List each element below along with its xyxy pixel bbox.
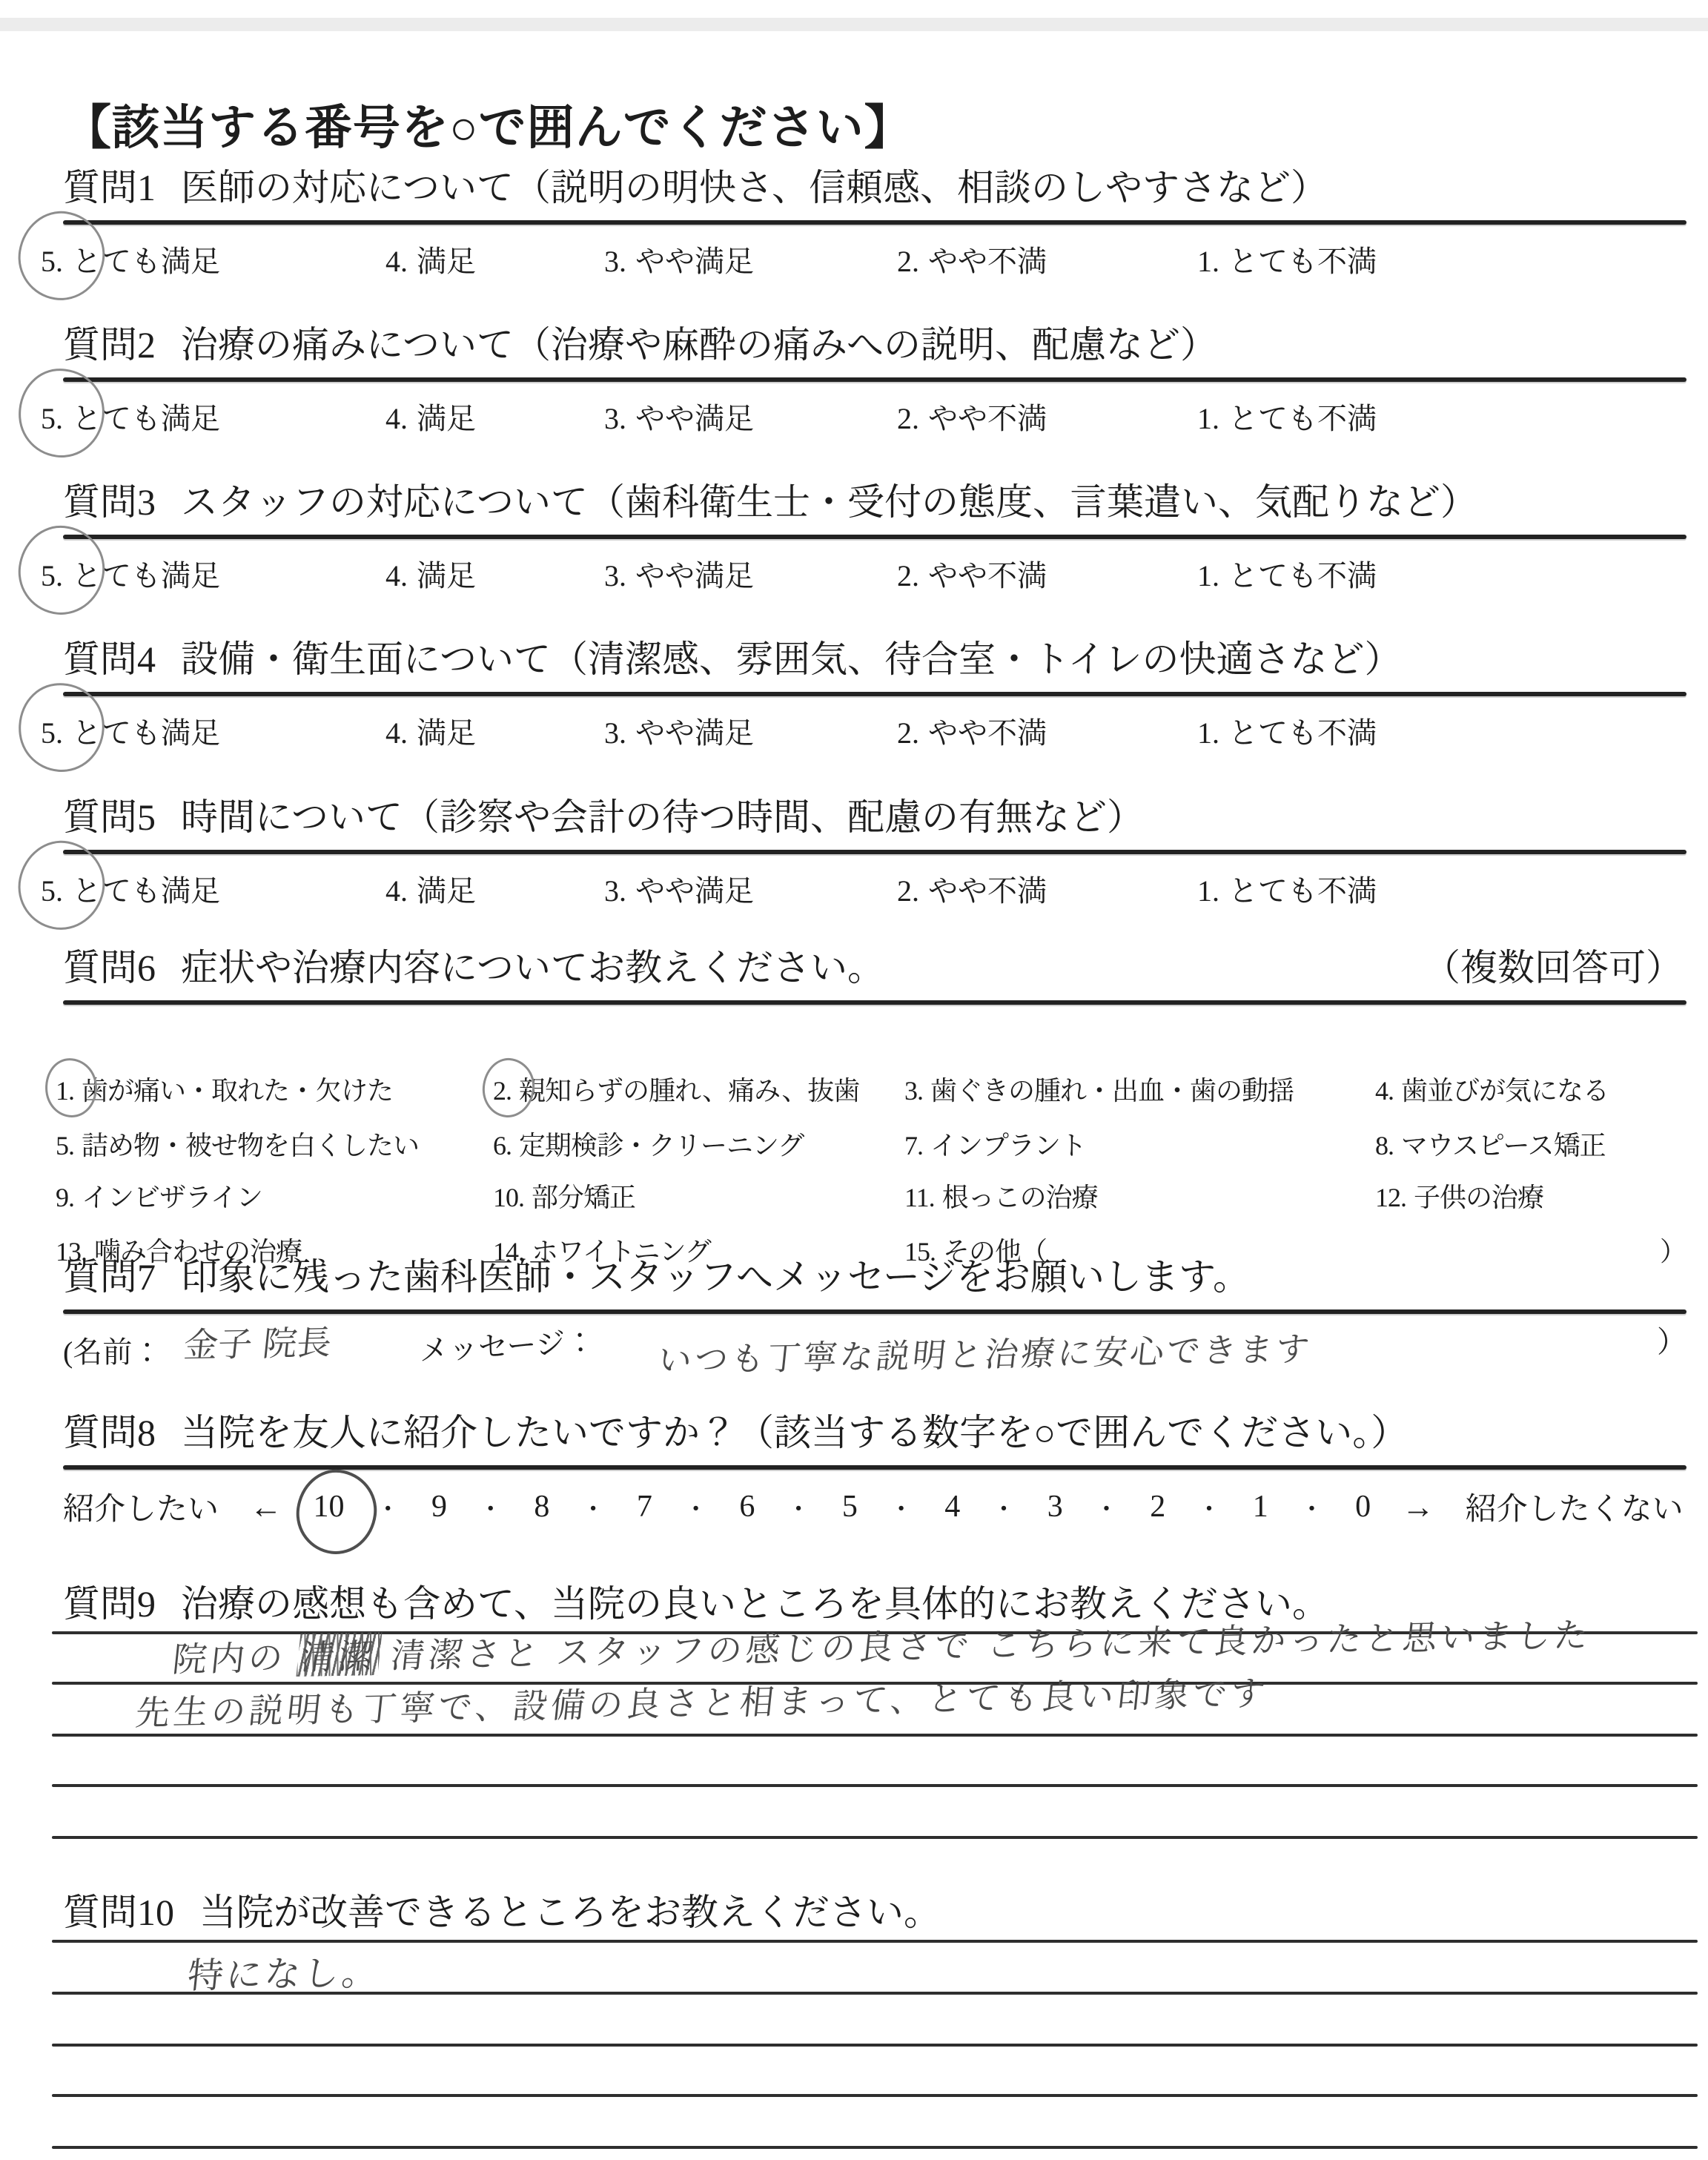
q6-item-5[interactable]: 5.詰め物・被せ物を白くしたい <box>56 1125 419 1163</box>
q6-item-7[interactable]: 7.インプラント <box>904 1125 1086 1163</box>
scale-number-3[interactable]: 3 <box>1047 1489 1063 1525</box>
question-6-items: 1.歯が痛い・取れた・欠けた 2.親知らずの腫れ、痛み、抜歯 3.歯ぐきの腫れ・… <box>63 1005 1687 1242</box>
scale-number-8[interactable]: 8 <box>534 1489 549 1525</box>
close-paren: ） <box>1657 1318 1687 1361</box>
answer-line <box>52 2094 1698 2097</box>
q1-option-2[interactable]: 2.やや不満 <box>897 238 1047 280</box>
q6-item-3[interactable]: 3.歯ぐきの腫れ・出血・歯の動揺 <box>904 1070 1294 1108</box>
scale-left-label: 紹介したい <box>63 1484 219 1529</box>
scribbled-out-word: 清潔 <box>299 1629 380 1680</box>
question-1-number: 質問1 <box>63 167 156 208</box>
page-title: 【該当する番号を○で囲んでください】 <box>64 90 913 158</box>
scale-number-10[interactable]: 10 <box>313 1489 344 1525</box>
q6-item-11[interactable]: 11.根っこの治療 <box>904 1177 1098 1215</box>
q4-option-3[interactable]: 3.やや満足 <box>604 710 754 752</box>
scale-dot: ・ <box>1094 1489 1119 1525</box>
question-8-block: 質問8当院を友人に紹介したいですか？（該当する数字を○で囲んでください。） 紹介… <box>63 1413 1687 1529</box>
question-2-heading: 質問2治療の痛みについて（治療や麻酔の痛みへの説明、配慮など） <box>63 325 1687 366</box>
question-6-heading: 質問6症状や治療内容についてお教えください。 （複数回答可） <box>63 948 1687 988</box>
scale-right-label: 紹介したくない <box>1466 1484 1684 1529</box>
q2-option-1[interactable]: 1.とても不満 <box>1197 395 1377 437</box>
question-2-block: 質問2治療の痛みについて（治療や麻酔の痛みへの説明、配慮など） 5.とても満足 … <box>63 325 1687 440</box>
scale-dot: ・ <box>580 1489 606 1525</box>
handwritten-answer: 特になし。 <box>185 1943 383 1998</box>
question-3-block: 質問3スタッフの対応について（歯科衛生士・受付の態度、言葉遣い、気配りなど） 5… <box>63 482 1687 597</box>
question-6-text: 症状や治療内容についてお教えください。 <box>181 947 884 988</box>
q1-option-4[interactable]: 4.満足 <box>385 238 476 280</box>
q2-option-4[interactable]: 4.満足 <box>385 395 476 437</box>
question-4-number: 質問4 <box>63 638 156 680</box>
q4-option-2[interactable]: 2.やや不満 <box>897 710 1047 752</box>
message-field-label: メッセージ： <box>418 1318 596 1370</box>
scale-number-2[interactable]: 2 <box>1150 1489 1165 1525</box>
answer-line <box>52 2044 1698 2047</box>
question-10-block: 質問10当院が改善できるところをお教えください。 特になし。 <box>63 1892 1687 2159</box>
scanned-survey-page: { "header": { "title": "【該当する番号を○で囲んでくださ… <box>0 0 1708 2160</box>
question-4-heading: 質問4設備・衛生面について（清潔感、雰囲気、待合室・トイレの快適さなど） <box>63 639 1687 680</box>
scale-dot: ・ <box>786 1489 811 1525</box>
question-7-number: 質問7 <box>63 1256 156 1298</box>
question-10-text: 当院が改善できるところをお教えください。 <box>199 1892 941 1933</box>
q1-option-3[interactable]: 3.やや満足 <box>604 238 754 280</box>
question-1-heading: 質問1医師の対応について（説明の明快さ、信頼感、相談のしやすさなど） <box>63 168 1687 208</box>
left-arrow-icon: ← <box>250 1488 282 1526</box>
q4-option-1[interactable]: 1.とても不満 <box>1197 710 1377 752</box>
q5-option-5[interactable]: 5.とても満足 <box>41 868 220 910</box>
q6-item-12[interactable]: 12.子供の治療 <box>1375 1177 1543 1215</box>
q3-option-3[interactable]: 3.やや満足 <box>604 552 754 595</box>
q2-option-3[interactable]: 3.やや満足 <box>604 395 754 437</box>
q3-option-1[interactable]: 1.とても不満 <box>1197 552 1377 595</box>
answer-line <box>52 1734 1698 1737</box>
question-8-number: 質問8 <box>63 1412 156 1453</box>
scale-dot: ・ <box>991 1489 1016 1525</box>
divider-line <box>63 1465 1687 1470</box>
question-3-options: 5.とても満足 4.満足 3.やや満足 2.やや不満 1.とても不満 <box>63 539 1687 597</box>
question-7-answer-row: (名前： 金子 院長 メッセージ： いつも丁寧な説明と治療に安心できます ） <box>63 1314 1687 1410</box>
scale-number-5[interactable]: 5 <box>842 1489 858 1525</box>
q4-option-5[interactable]: 5.とても満足 <box>41 710 220 752</box>
scale-number-6[interactable]: 6 <box>739 1489 755 1525</box>
q1-option-1[interactable]: 1.とても不満 <box>1197 238 1377 280</box>
scale-number-7[interactable]: 7 <box>637 1489 652 1525</box>
q3-option-5[interactable]: 5.とても満足 <box>41 552 220 595</box>
q6-item-4[interactable]: 4.歯並びが気になる <box>1375 1070 1609 1108</box>
question-9-block: 質問9治療の感想も含めて、当院の良いところを具体的にお教えください。 院内の 清… <box>63 1584 1687 1851</box>
q3-option-2[interactable]: 2.やや不満 <box>897 552 1047 595</box>
scale-dot: ・ <box>1196 1489 1222 1525</box>
q5-option-2[interactable]: 2.やや不満 <box>897 868 1047 910</box>
question-9-number: 質問9 <box>63 1583 156 1625</box>
question-5-block: 質問5時間について（診察や会計の待つ時間、配慮の有無など） 5.とても満足 4.… <box>63 797 1687 912</box>
scale-dot: ・ <box>478 1489 503 1525</box>
q5-option-3[interactable]: 3.やや満足 <box>604 868 754 910</box>
scale-number-4[interactable]: 4 <box>944 1489 960 1525</box>
question-5-options: 5.とても満足 4.満足 3.やや満足 2.やや不満 1.とても不満 <box>63 854 1687 912</box>
question-4-block: 質問4設備・衛生面について（清潔感、雰囲気、待合室・トイレの快適さなど） 5.と… <box>63 639 1687 754</box>
q1-option-5[interactable]: 5.とても満足 <box>41 238 220 280</box>
scale-dot: ・ <box>375 1489 400 1525</box>
question-7-heading: 質問7印象に残った歯科医師・スタッフへメッセージをお願いします。 <box>63 1257 1687 1298</box>
question-2-number: 質問2 <box>63 324 156 366</box>
question-7-block: 質問7印象に残った歯科医師・スタッフへメッセージをお願いします。 (名前： 金子… <box>63 1257 1687 1410</box>
question-6-number: 質問6 <box>63 947 156 988</box>
question-8-text: 当院を友人に紹介したいですか？（該当する数字を○で囲んでください。） <box>181 1412 1408 1453</box>
question-4-text: 設備・衛生面について（清潔感、雰囲気、待合室・トイレの快適さなど） <box>181 638 1402 680</box>
question-3-heading: 質問3スタッフの対応について（歯科衛生士・受付の態度、言葉遣い、気配りなど） <box>63 482 1687 523</box>
q6-item-6[interactable]: 6.定期検診・クリーニング <box>493 1125 804 1163</box>
scale-dot: ・ <box>1299 1489 1324 1525</box>
question-1-options: 5.とても満足 4.満足 3.やや満足 2.やや不満 1.とても不満 <box>63 225 1687 283</box>
question-2-text: 治療の痛みについて（治療や麻酔の痛みへの説明、配慮など） <box>181 324 1217 366</box>
answer-line <box>52 1784 1698 1787</box>
question-6-block: 質問6症状や治療内容についてお教えください。 （複数回答可） 1.歯が痛い・取れ… <box>63 948 1687 1242</box>
question-1-text: 医師の対応について（説明の明快さ、信頼感、相談のしやすさなど） <box>181 167 1328 208</box>
handwritten-name-value: 金子 院長 <box>182 1315 334 1367</box>
handwritten-message-value: いつも丁寧な説明と治療に安心できます <box>656 1321 1315 1381</box>
question-10-number: 質問10 <box>63 1892 174 1933</box>
scale-dot: ・ <box>683 1489 709 1525</box>
q6-item-2[interactable]: 2.親知らずの腫れ、痛み、抜歯 <box>493 1070 859 1108</box>
question-8-heading: 質問8当院を友人に紹介したいですか？（該当する数字を○で囲んでください。） <box>63 1413 1687 1453</box>
question-6-note: （複数回答可） <box>1423 948 1683 988</box>
q3-option-4[interactable]: 4.満足 <box>385 552 476 595</box>
question-3-number: 質問3 <box>63 481 156 523</box>
answer-line <box>52 1940 1698 1943</box>
question-3-text: スタッフの対応について（歯科衛生士・受付の態度、言葉遣い、気配りなど） <box>181 481 1477 523</box>
scale-number-1[interactable]: 1 <box>1253 1489 1268 1525</box>
q6-item-10[interactable]: 10.部分矯正 <box>493 1177 635 1215</box>
q5-option-1[interactable]: 1.とても不満 <box>1197 868 1377 910</box>
question-7-text: 印象に残った歯科医師・スタッフへメッセージをお願いします。 <box>181 1256 1250 1298</box>
q5-option-4[interactable]: 4.満足 <box>385 868 476 910</box>
q2-option-5[interactable]: 5.とても満足 <box>41 395 220 437</box>
question-4-options: 5.とても満足 4.満足 3.やや満足 2.やや不満 1.とても不満 <box>63 696 1687 754</box>
scan-artifact-band <box>0 18 1708 31</box>
q6-item-9[interactable]: 9.インビザライン <box>56 1177 262 1215</box>
scale-number-0[interactable]: 0 <box>1355 1489 1371 1525</box>
question-10-heading: 質問10当院が改善できるところをお教えください。 <box>63 1892 1687 1933</box>
name-field-label: (名前： <box>63 1329 162 1371</box>
answer-line <box>52 1836 1698 1839</box>
scale-dot: ・ <box>889 1489 914 1525</box>
question-5-heading: 質問5時間について（診察や会計の待つ時間、配慮の有無など） <box>63 797 1687 838</box>
q4-option-4[interactable]: 4.満足 <box>385 710 476 752</box>
right-arrow-icon: → <box>1402 1488 1434 1526</box>
scale-number-9[interactable]: 9 <box>431 1489 447 1525</box>
question-5-text: 時間について（診察や会計の待つ時間、配慮の有無など） <box>181 796 1144 838</box>
nps-scale-row: 紹介したい ← 10 ・ 9 ・ 8 ・ 7 ・ 6 ・ 5 ・ 4 ・ 3 ・… <box>63 1484 1687 1529</box>
q6-item-8[interactable]: 8.マウスピース矯正 <box>1375 1125 1606 1163</box>
q2-option-2[interactable]: 2.やや不満 <box>897 395 1047 437</box>
question-1-block: 質問1医師の対応について（説明の明快さ、信頼感、相談のしやすさなど） 5.とても… <box>63 168 1687 283</box>
question-5-number: 質問5 <box>63 796 156 838</box>
q6-item-1[interactable]: 1.歯が痛い・取れた・欠けた <box>56 1070 393 1108</box>
question-2-options: 5.とても満足 4.満足 3.やや満足 2.やや不満 1.とても不満 <box>63 382 1687 440</box>
answer-line <box>52 2146 1698 2149</box>
